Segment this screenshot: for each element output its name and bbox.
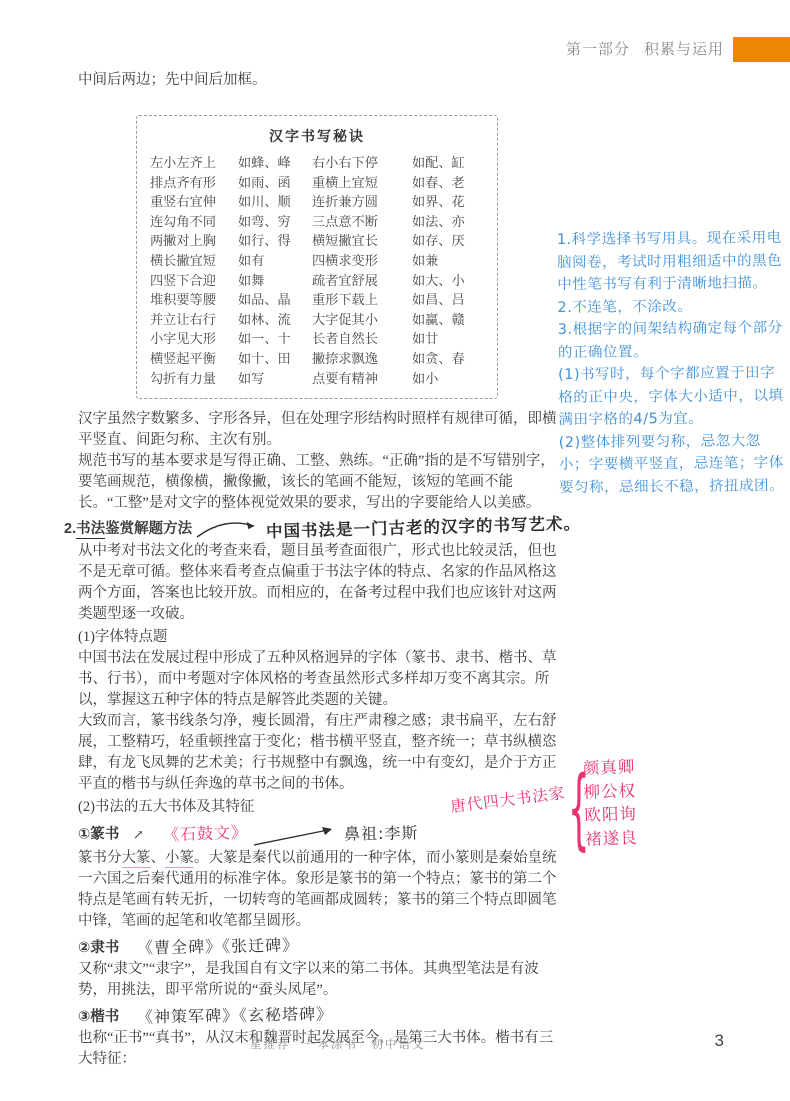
rule-cell: 小字见大形 [150, 329, 238, 349]
paragraph-zhuanshu-detail: 篆书分大篆、小篆。大篆是秦代以前通用的一种字体，而小篆则是秦始皇统一六国之后秦代… [78, 848, 562, 932]
table-row: 连勾角不同如弯、穷三点意不断如法、亦 [150, 212, 484, 232]
paragraph-exam-analysis: 从中考对书法文化的考查来看，题目虽考查面很广，形式也比较灵活，但也不是无章可循。… [78, 541, 562, 625]
example-cell: 如十、田 [238, 349, 312, 369]
page-number: 3 [715, 1031, 724, 1051]
example-cell: 如写 [238, 369, 312, 389]
rule-cell: 重横上宜短 [312, 173, 412, 193]
paragraph-lishu-detail: 又称“隶文”“隶字”，是我国自有文字以来的第二书体。其典型笔法是有波势，用挑法，… [78, 959, 562, 1001]
curved-arrow-icon [196, 517, 262, 541]
handwritten-calligraphy-definition: 中国书法是一门古老的汉字的书写艺术。 [266, 513, 581, 542]
paragraph-writing-standards: 规范书写的基本要求是写得正确、工整、熟练。“正确”指的是不写错别字，要笔画规范，… [78, 451, 562, 514]
page-header: 第一部分积累与运用 [566, 38, 724, 59]
item-zhuanshu-label: ①篆书 [78, 827, 119, 843]
header-section: 第一部分 [566, 41, 630, 58]
table-row: 小字见大形如一、十长者自然长如廿 [150, 329, 484, 349]
pink-note-names: 颜真卿柳公权欧阳询褚遂良 [582, 755, 638, 851]
example-cell: 如蜂、峰 [238, 153, 312, 173]
footer-brand: 星推荐 一本涂书 初中语文 [250, 1036, 426, 1052]
example-cell: 如存、厌 [412, 231, 484, 251]
rule-cell: 右小右下停 [312, 153, 412, 173]
calligrapher-name: 颜真卿 [582, 755, 635, 780]
rule-cell: 点要有精神 [312, 369, 412, 389]
table-row: 两撇对上胸如行、得横短撇宜长如存、厌 [150, 231, 484, 251]
item-lishu: ②隶书 《曹全碑》《张迁碑》 [78, 936, 562, 959]
handwritten-kaishu-steles: 《神策军碑》《玄秘塔碑》 [137, 1004, 333, 1028]
table-row: 排点齐有形如雨、函重横上宜短如春、老 [150, 173, 484, 193]
zhuanshu-text: 篆书分 [78, 850, 122, 866]
rule-cell: 疏者宜舒展 [312, 271, 412, 291]
heading-rest: 鉴赏解题方法 [105, 521, 192, 537]
example-cell: 如有 [238, 251, 312, 271]
example-cell: 如大、小 [412, 271, 484, 291]
rule-cell: 四竖下合迎 [150, 271, 238, 291]
example-cell: 如雨、函 [238, 173, 312, 193]
blue-note-line: (1)书写时，每个字都应置于田字格的正中央，字体大小适中，以填满田字格的4/5为… [558, 362, 790, 432]
item-kaishu-label: ③楷书 [78, 1009, 119, 1025]
example-cell: 如赢、赣 [412, 310, 484, 330]
example-cell: 如贪、春 [412, 349, 484, 369]
blue-note-line: (2)整体排列要匀称，忌忽大忽小；字要横平竖直，忌连笔；字体要匀称，忌细长不稳，… [559, 429, 790, 499]
rule-cell: 大字促其小 [312, 310, 412, 330]
example-cell: 如廿 [412, 329, 484, 349]
table-rows: 左小左齐上如蜂、峰右小右下停如配、缸排点齐有形如雨、函重横上宜短如春、老重竖右宜… [150, 153, 484, 388]
example-cell: 如品、晶 [238, 290, 312, 310]
header-accent-block [733, 37, 790, 62]
rule-cell: 横竖起平衡 [150, 349, 238, 369]
table-row: 左小左齐上如蜂、峰右小右下停如配、缸 [150, 153, 484, 173]
rule-cell: 横短撇宜长 [312, 231, 412, 251]
item-zhuanshu: ①篆书 ↗ 《石鼓文》 鼻祖:李斯 [78, 822, 562, 848]
table-row: 并立让右行如林、流大字促其小如赢、赣 [150, 310, 484, 330]
calligrapher-name: 褚遂良 [585, 826, 638, 851]
example-cell: 如川、顺 [238, 192, 312, 212]
rule-cell: 堆积要等腰 [150, 290, 238, 310]
rule-cell: 左小左齐上 [150, 153, 238, 173]
zhuanshu-separator: 、 [151, 850, 166, 866]
example-cell: 如配、缸 [412, 153, 484, 173]
table-row: 堆积要等腰如品、晶重形下载上如昌、吕 [150, 290, 484, 310]
rule-cell: 四横求变形 [312, 251, 412, 271]
rule-cell: 重形下载上 [312, 290, 412, 310]
small-arrow-icon: ↗ [133, 827, 144, 842]
rule-cell: 重竖右宜伸 [150, 192, 238, 212]
table-row: 横长撇宜短如有四横求变形如兼 [150, 251, 484, 271]
heading-calligraphy-method: 2.书法鉴赏解题方法 中国书法是一门古老的汉字的书写艺术。 [64, 517, 562, 541]
rule-cell: 撇捺求飘逸 [312, 349, 412, 369]
rule-cell: 两撇对上胸 [150, 231, 238, 251]
example-cell: 如兼 [412, 251, 484, 271]
rule-cell: 勾折有力量 [150, 369, 238, 389]
header-title: 积累与运用 [644, 41, 724, 58]
calligrapher-name: 柳公权 [583, 779, 636, 804]
example-cell: 如昌、吕 [412, 290, 484, 310]
example-cell: 如行、得 [238, 231, 312, 251]
rule-cell: 并立让右行 [150, 310, 238, 330]
example-cell: 如弯、穷 [238, 212, 312, 232]
rule-cell: 连勾角不同 [150, 212, 238, 232]
subheading-font-features: (1)字体特点题 [78, 627, 562, 648]
handwritten-shiguwen: 《石鼓文》 [163, 821, 249, 845]
heading-underlined-term: 书法 [76, 521, 105, 539]
table-row: 四竖下合迎如舞疏者宜舒展如大、小 [150, 271, 484, 291]
example-cell: 如林、流 [238, 310, 312, 330]
underlined-dazhuan: 大篆 [122, 850, 151, 868]
example-cell: 如舞 [238, 271, 312, 291]
blue-note-line: 3.根据字的间架结构确定每个部分的正确位置。 [558, 317, 790, 364]
calligrapher-name: 欧阳询 [584, 802, 637, 827]
blue-note-line: 2.不连笔，不涂改。 [557, 294, 789, 319]
example-cell: 如小 [412, 369, 484, 389]
table-row: 横竖起平衡如十、田撇捺求飘逸如贪、春 [150, 349, 484, 369]
paragraph-hanzi-rules: 汉字虽然字数繁多、字形各异，但在处理字形结构时照样有规律可循，即横平竖直、间距匀… [78, 409, 562, 451]
handwritten-founder-lisi: 鼻祖:李斯 [344, 822, 419, 844]
item-lishu-label: ②隶书 [78, 940, 119, 956]
blue-margin-note: 1.科学选择书写用具。现在采用电脑阅卷，考试时用粗细适中的黑色中性笔书写有利于清… [557, 227, 790, 499]
example-cell: 如界、花 [412, 192, 484, 212]
example-cell: 如一、十 [238, 329, 312, 349]
main-text-column: 中间后两边；先中间后加框。 汉字书写秘诀 左小左齐上如蜂、峰右小右下停如配、缸排… [78, 70, 562, 1070]
underlined-xiaozhuan: 小篆 [165, 850, 194, 868]
rule-cell: 长者自然长 [312, 329, 412, 349]
example-cell: 如法、亦 [412, 212, 484, 232]
blue-note-line: 1.科学选择书写用具。现在采用电脑阅卷，考试时用粗细适中的黑色中性笔书写有利于清… [557, 227, 790, 297]
paragraph-style-traits: 大致而言，篆书线条匀净，瘦长圆滑，有庄严肃穆之感；隶书扁平，左右舒展，工整精巧，… [78, 711, 562, 795]
item-kaishu: ③楷书 《神策军碑》《玄秘塔碑》 [78, 1005, 562, 1028]
table-row: 勾折有力量如写点要有精神如小 [150, 369, 484, 389]
rule-cell: 连折兼方圆 [312, 192, 412, 212]
paragraph-five-styles: 中国书法在发展过程中形成了五种风格迥异的字体（篆书、隶书、楷书、草书、行书），而… [78, 648, 562, 711]
table-title: 汉字书写秘诀 [150, 126, 484, 147]
rule-cell: 横长撇宜短 [150, 251, 238, 271]
heading-number: 2. [64, 521, 76, 537]
rule-cell: 排点齐有形 [150, 173, 238, 193]
handwritten-lishu-steles: 《曹全碑》《张迁碑》 [137, 935, 299, 959]
handwriting-tips-table: 汉字书写秘诀 左小左齐上如蜂、峰右小右下停如配、缸排点齐有形如雨、函重横上宜短如… [136, 115, 498, 399]
textbook-page: 第一部分积累与运用 中间后两边；先中间后加框。 汉字书写秘诀 左小左齐上如蜂、峰… [0, 0, 790, 1101]
example-cell: 如春、老 [412, 173, 484, 193]
long-arrow-icon [252, 822, 340, 848]
table-row: 重竖右宜伸如川、顺连折兼方圆如界、花 [150, 192, 484, 212]
intro-line: 中间后两边；先中间后加框。 [78, 70, 562, 91]
rule-cell: 三点意不断 [312, 212, 412, 232]
